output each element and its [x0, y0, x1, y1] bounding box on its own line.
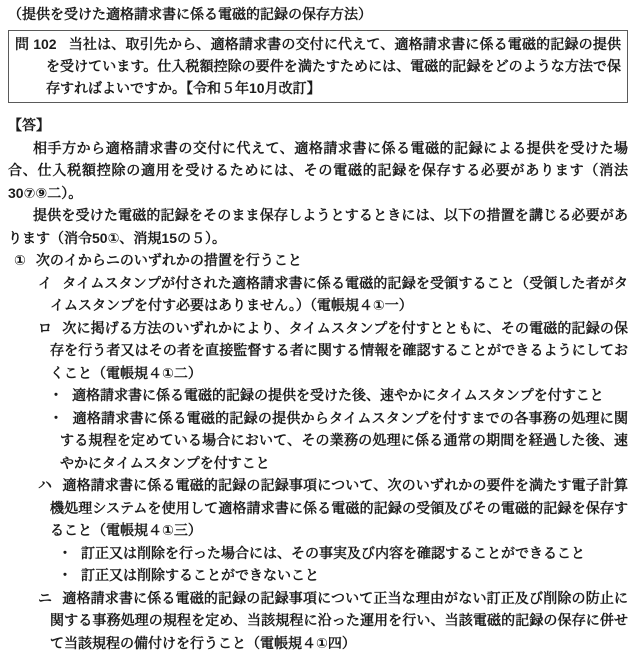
- answer-body: 相手方から適格請求書の交付に代えて、適格請求書に係る電磁的記録による提供を受けた…: [8, 137, 628, 653]
- answer-paragraph: 提供を受けた電磁的記録をそのまま保存しようとするときには、以下の措置を講じる必要…: [8, 204, 628, 249]
- sub-item-text: 適格請求書に係る電磁的記録の記録事項について、次のいずれかの要件を満たす電子計算…: [50, 477, 628, 538]
- bullet-item: ・訂正又は削除を行った場合には、その事実及び内容を確認することができること: [8, 542, 628, 565]
- bullet-item: ・適格請求書に係る電磁的記録の提供からタイムスタンプを付すまでの各事務の処理に関…: [8, 407, 628, 475]
- question-box: 問 102当社は、取引先から、適格請求書の交付に代えて、適格請求書に係る電磁的記…: [8, 30, 628, 103]
- tax-qa-document: （提供を受けた適格請求書に係る電磁的記録の保存方法） 問 102当社は、取引先か…: [0, 0, 637, 653]
- answer-paragraph: 相手方から適格請求書の交付に代えて、適格請求書に係る電磁的記録による提供を受けた…: [8, 137, 628, 205]
- sub-item-text: 次に掲げる方法のいずれかにより、タイムスタンプを付すとともに、その電磁的記録の保…: [50, 320, 628, 381]
- bullet-text: 訂正又は削除することができないこと: [81, 567, 319, 583]
- sub-item-ro: ロ次に掲げる方法のいずれかにより、タイムスタンプを付すとともに、その電磁的記録の…: [8, 317, 628, 385]
- circled-number-marker: ①: [14, 252, 26, 268]
- sub-item-ni: ニ適格請求書に係る電磁的記録の記録事項について正当な理由がない訂正及び削除の防止…: [8, 587, 628, 653]
- sub-item-ha: ハ適格請求書に係る電磁的記録の記録事項について、次のいずれかの要件を満たす電子計…: [8, 474, 628, 542]
- question-paragraph: 問 102当社は、取引先から、適格請求書の交付に代えて、適格請求書に係る電磁的記…: [15, 33, 621, 99]
- bullet-text: 適格請求書に係る電磁的記録の提供を受けた後、速やかにタイムスタンプを付すこと: [72, 387, 604, 403]
- bullet-text: 適格請求書に係る電磁的記録の提供からタイムスタンプを付すまでの各事務の処理に関す…: [60, 410, 628, 471]
- bullet-text: 訂正又は削除を行った場合には、その事実及び内容を確認することができること: [81, 545, 585, 561]
- bullet-item: ・適格請求書に係る電磁的記録の提供を受けた後、速やかにタイムスタンプを付すこと: [8, 384, 628, 407]
- measure-item-1: ①次のイからニのいずれかの措置を行うこと: [8, 249, 628, 272]
- measure-item-text: 次のイからニのいずれかの措置を行うこと: [36, 252, 302, 268]
- bullet-dot: ・: [49, 387, 63, 403]
- question-revision-tag: 【令和５年10月改訂】: [186, 80, 321, 96]
- bullet-dot: ・: [58, 567, 72, 583]
- answer-label: 【答】: [8, 114, 628, 137]
- document-heading: （提供を受けた適格請求書に係る電磁的記録の保存方法）: [8, 3, 628, 25]
- sub-item-text: 適格請求書に係る電磁的記録の記録事項について正当な理由がない訂正及び削除の防止に…: [50, 590, 628, 651]
- bullet-item: ・訂正又は削除することができないこと: [8, 564, 628, 587]
- question-text: 当社は、取引先から、適格請求書の交付に代えて、適格請求書に係る電磁的記録の提供を…: [46, 36, 621, 96]
- sub-item-text: タイムスタンプが付された適格請求書に係る電磁的記録を受領すること（受領した者がタ…: [50, 275, 628, 314]
- question-number-label: 問 102: [15, 36, 57, 52]
- bullet-dot: ・: [49, 410, 63, 426]
- sub-item-marker: ハ: [38, 477, 52, 493]
- bullet-dot: ・: [58, 545, 72, 561]
- sub-item-i: イタイムスタンプが付された適格請求書に係る電磁的記録を受領すること（受領した者が…: [8, 272, 628, 317]
- sub-item-marker: イ: [38, 275, 52, 291]
- sub-item-marker: ニ: [38, 590, 52, 606]
- sub-item-marker: ロ: [38, 320, 52, 336]
